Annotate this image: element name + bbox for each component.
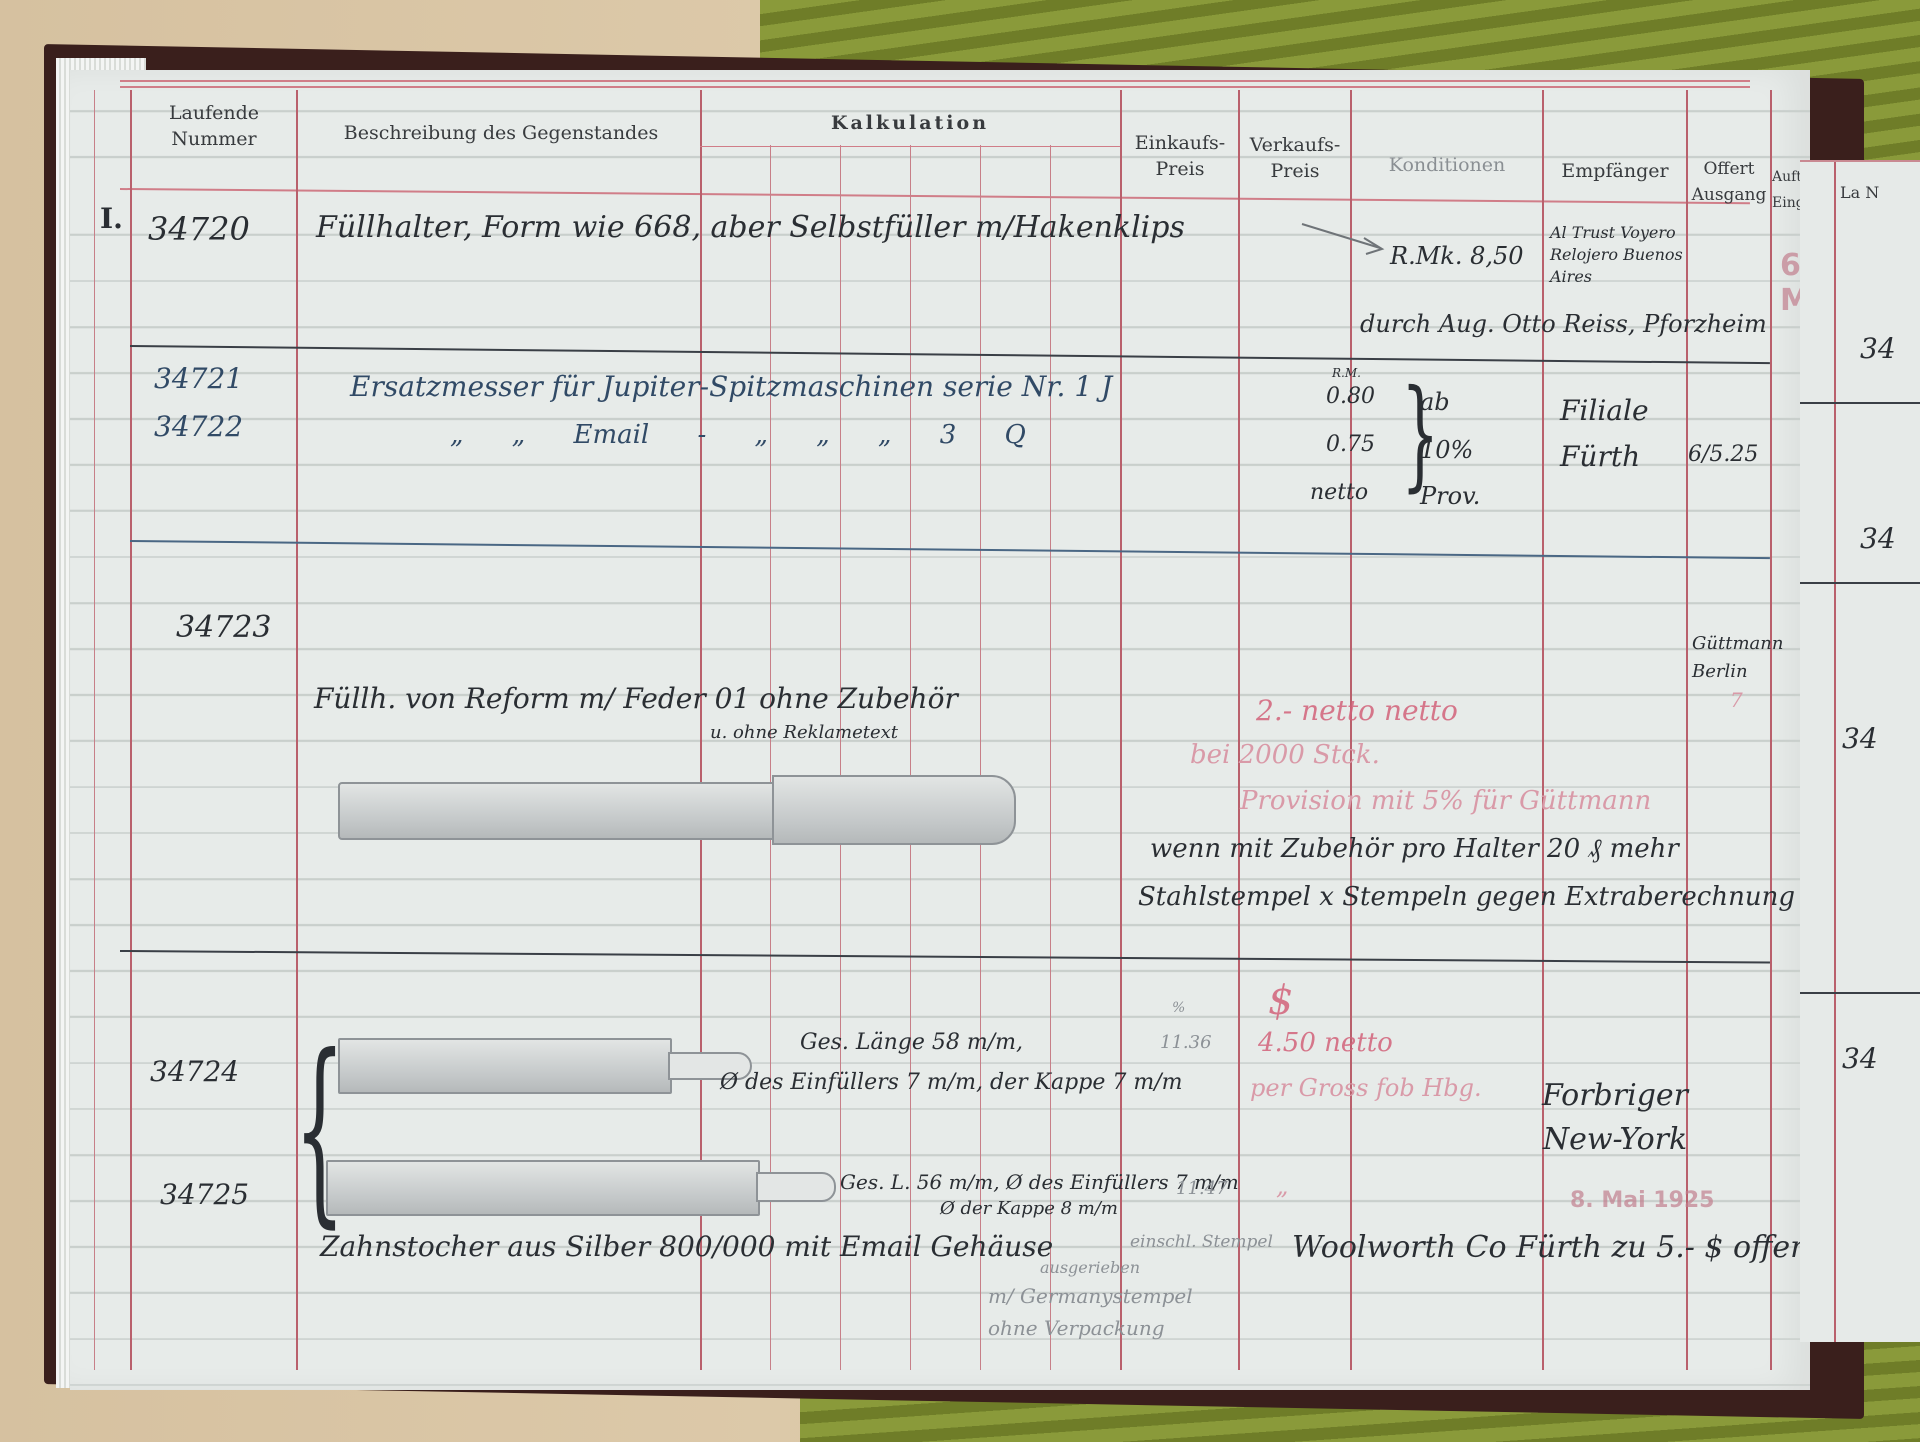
ledger-page: Laufende Nummer Beschreibung des Gegenst… [70,70,1810,1390]
col-line-empfaenger [1542,90,1544,1370]
next-divider [1800,582,1920,584]
einkauf-note: % [1172,1000,1185,1016]
dollar-sign: $ [1268,978,1293,1024]
pen-drawing-34725 [326,1160,760,1216]
section-marker: I. [100,202,123,235]
entry-einkauf: 11.47 [1176,1178,1228,1199]
col-line-konditionen [1350,90,1352,1370]
condition-line: ab [1420,388,1450,416]
entry-recipient: Güttmann Berlin [1692,630,1782,686]
header-einkaufs-preis: Einkaufs-Preis [1122,130,1238,182]
entry-number: 34725 [160,1178,249,1211]
header-beschreibung: Beschreibung des Gegenstandes [306,120,696,146]
header-kalkulation: Kalkulation [710,110,1110,136]
next-divider [1800,402,1920,404]
next-page-header: La N [1840,180,1880,206]
header-konditionen: Konditionen [1352,152,1542,178]
recipient-mark: 7 [1730,688,1743,712]
next-entry-number: 34 [1860,522,1896,555]
entry-number: 34723 [176,610,271,645]
top-rule-2 [120,86,1750,88]
entry-number: 34724 [150,1055,239,1088]
entry-currency: R.M. [1332,366,1361,380]
entry-spec: Ges. Länge 58 m/m, [800,1030,1023,1055]
entry-number: 34721 [154,362,243,395]
next-page-col-line [1834,162,1836,1342]
entry-number: 34720 [148,210,250,248]
entry-description: Ersatzmesser für Jupiter-Spitzmaschinen … [350,370,1112,403]
next-entry-number: 34 [1842,1042,1878,1075]
entry-spec-2: Ø des Einfüllers 7 m/m, der Kappe 7 m/m [720,1070,1182,1095]
kalkulation-subrule [700,146,1120,147]
header-konditionen-text: Konditionen [1389,154,1505,176]
entry-description-sub: u. ohne Reklametext [710,722,898,743]
next-page: La N 34 34 34 34 [1800,160,1920,1342]
col-line-number [130,90,132,1370]
entry-price-2: 0.75 [1326,432,1375,457]
col-line-auftrag [1770,90,1772,1370]
entry-remark: Woolworth Co Fürth zu 5.- $ offeriert [1292,1230,1858,1265]
header-laufende-nummer-text: Laufende Nummer [169,102,259,150]
pen-drawing-34724 [338,1038,672,1094]
entry-spec-2: Ø der Kappe 8 m/m [940,1198,1118,1219]
header-verkaufs-preis: Verkaufs-Preis [1240,132,1350,184]
entry-description-2: „ „ Email - „ „ „ 3 Q [450,420,1026,450]
entry-number-2: 34722 [154,410,243,443]
header-kalkulation-text: Kalkulation [831,112,989,134]
next-divider [1800,992,1920,994]
entry-note: wenn mit Zubehör pro Halter 20 ₰ mehr [1150,834,1679,864]
entry-recipient: Filiale Fürth [1560,388,1680,480]
header-laufende-nummer: Laufende Nummer [134,100,294,152]
pencil-note: ohne Verpackung [988,1316,1165,1340]
header-offert-ausgang-text: Offert Ausgang [1692,159,1767,205]
entry-recipient: Forbriger New-York [1540,1074,1690,1162]
header-beschreibung-text: Beschreibung des Gegenstandes [344,122,658,144]
entry-einkauf: 11.36 [1160,1032,1212,1053]
header-einkaufs-preis-text: Einkaufs-Preis [1135,132,1225,180]
condition-line: Prov. [1420,482,1480,510]
red-note: Provision mit 5% für Güttmann [1240,786,1651,816]
arrow-icon [1300,218,1390,258]
entry-description: Zahnstocher aus Silber 800/000 mit Email… [320,1230,1053,1263]
entry-recipient: Al Trust Voyero Relojero Buenos Aires [1550,222,1690,288]
entry-description: Füllhalter, Form wie 668, aber Selbstfül… [316,210,1185,245]
pen-cap-drawing [772,775,1016,845]
entry-price: R.Mk. 8,50 [1390,242,1524,270]
condition-line: 10% [1420,436,1473,464]
top-rule [120,80,1750,82]
red-note: 2.- netto netto [1256,694,1458,727]
pencil-note: m/ Germanystempel [988,1284,1193,1308]
entry-price-note: netto [1310,480,1368,505]
entry-verkauf-note: per Gross fob Hbg. [1250,1074,1482,1102]
pen-clip-drawing [756,1172,836,1202]
next-entry-number: 34 [1860,332,1896,365]
header-verkaufs-preis-text: Verkaufs-Preis [1250,134,1341,182]
header-empfaenger-text: Empfänger [1561,160,1668,182]
entry-description: Füllh. von Reform m/ Feder 01 ohne Zubeh… [314,682,958,715]
next-entry-number: 34 [1842,722,1878,755]
entry-note: Stahlstempel x Stempeln gegen Extraberec… [1138,882,1795,912]
header-offert-ausgang: Offert Ausgang [1688,156,1770,208]
entry-verkauf: „ [1276,1172,1288,1200]
entry-condition-note: durch Aug. Otto Reiss, Pforzheim [1360,310,1767,338]
red-note: bei 2000 Stck. [1190,740,1380,770]
date-stamp: 8. Mai 1925 [1570,1188,1715,1213]
entry-price-1: 0.80 [1326,384,1375,409]
entry-verkauf: 4.50 netto [1258,1028,1393,1058]
entry-offert-ausgang: 6/5.25 [1688,442,1758,467]
pen-barrel-drawing [338,782,782,840]
pencil-note: ausgerieben [1040,1258,1140,1277]
margin-line-1 [94,90,95,1370]
header-empfaenger: Empfänger [1544,158,1686,184]
pencil-note: einschl. Stempel [1130,1232,1273,1252]
